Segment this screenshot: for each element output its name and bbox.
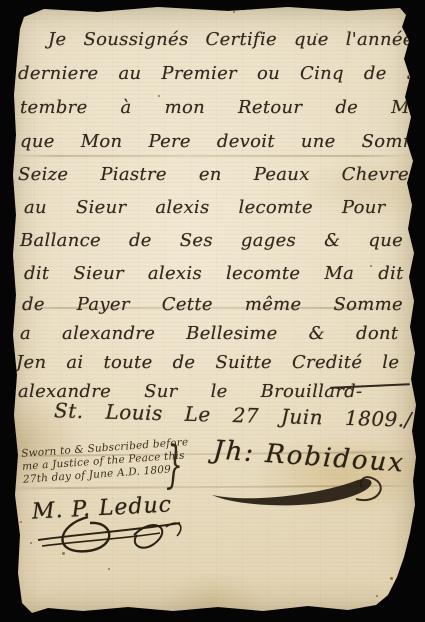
manuscript-line: tembre à mon Retour de Makinak [20,97,425,118]
speck [233,11,235,13]
dateline: St. Louis Le 27 Juin 1809./ [54,398,412,431]
speck [62,552,65,555]
speck [399,585,401,587]
manuscript-line: Je Soussignés Certifie que l'année [48,29,414,50]
manuscript-line: dit Sieur alexis lecomte Ma dit [24,263,404,284]
robidoux-flourish [204,473,394,515]
leduc-flourish [34,513,194,563]
manuscript-line: derniere au Premier ou Cinq de Sep- [18,63,425,84]
speck [387,601,389,603]
manuscript-line: a alexandre Bellesime & dont [20,323,398,344]
fold-crease [8,155,414,157]
manuscript-line: Ballance de Ses gages & que le [20,230,425,251]
speck [405,590,408,593]
speck [401,599,404,602]
speck [370,265,372,267]
speck [20,521,22,523]
speck [108,568,110,570]
manuscript-line: au Sieur alexis lecomte Pour la [24,197,425,218]
manuscript-paper: Je Soussignés Certifie que l'année derni… [8,5,418,615]
manuscript-line: de Payer Cette même Somme [22,294,403,315]
manuscript-line: Seize Piastre en Peaux Chevreuil [18,164,425,185]
speck [30,542,32,544]
manuscript-line: Jen ai toute de Suitte Credité le Sieur [16,352,425,373]
attestation-brace: } [166,438,183,496]
speck [376,595,378,597]
speck [390,577,393,580]
speck [407,582,409,584]
photograph-background: Je Soussignés Certifie que l'année derni… [0,0,425,622]
speck [158,95,160,97]
speck [316,33,318,35]
speck [394,593,396,595]
manuscript-line: que Mon Pere devoit une Somme de [20,131,425,152]
